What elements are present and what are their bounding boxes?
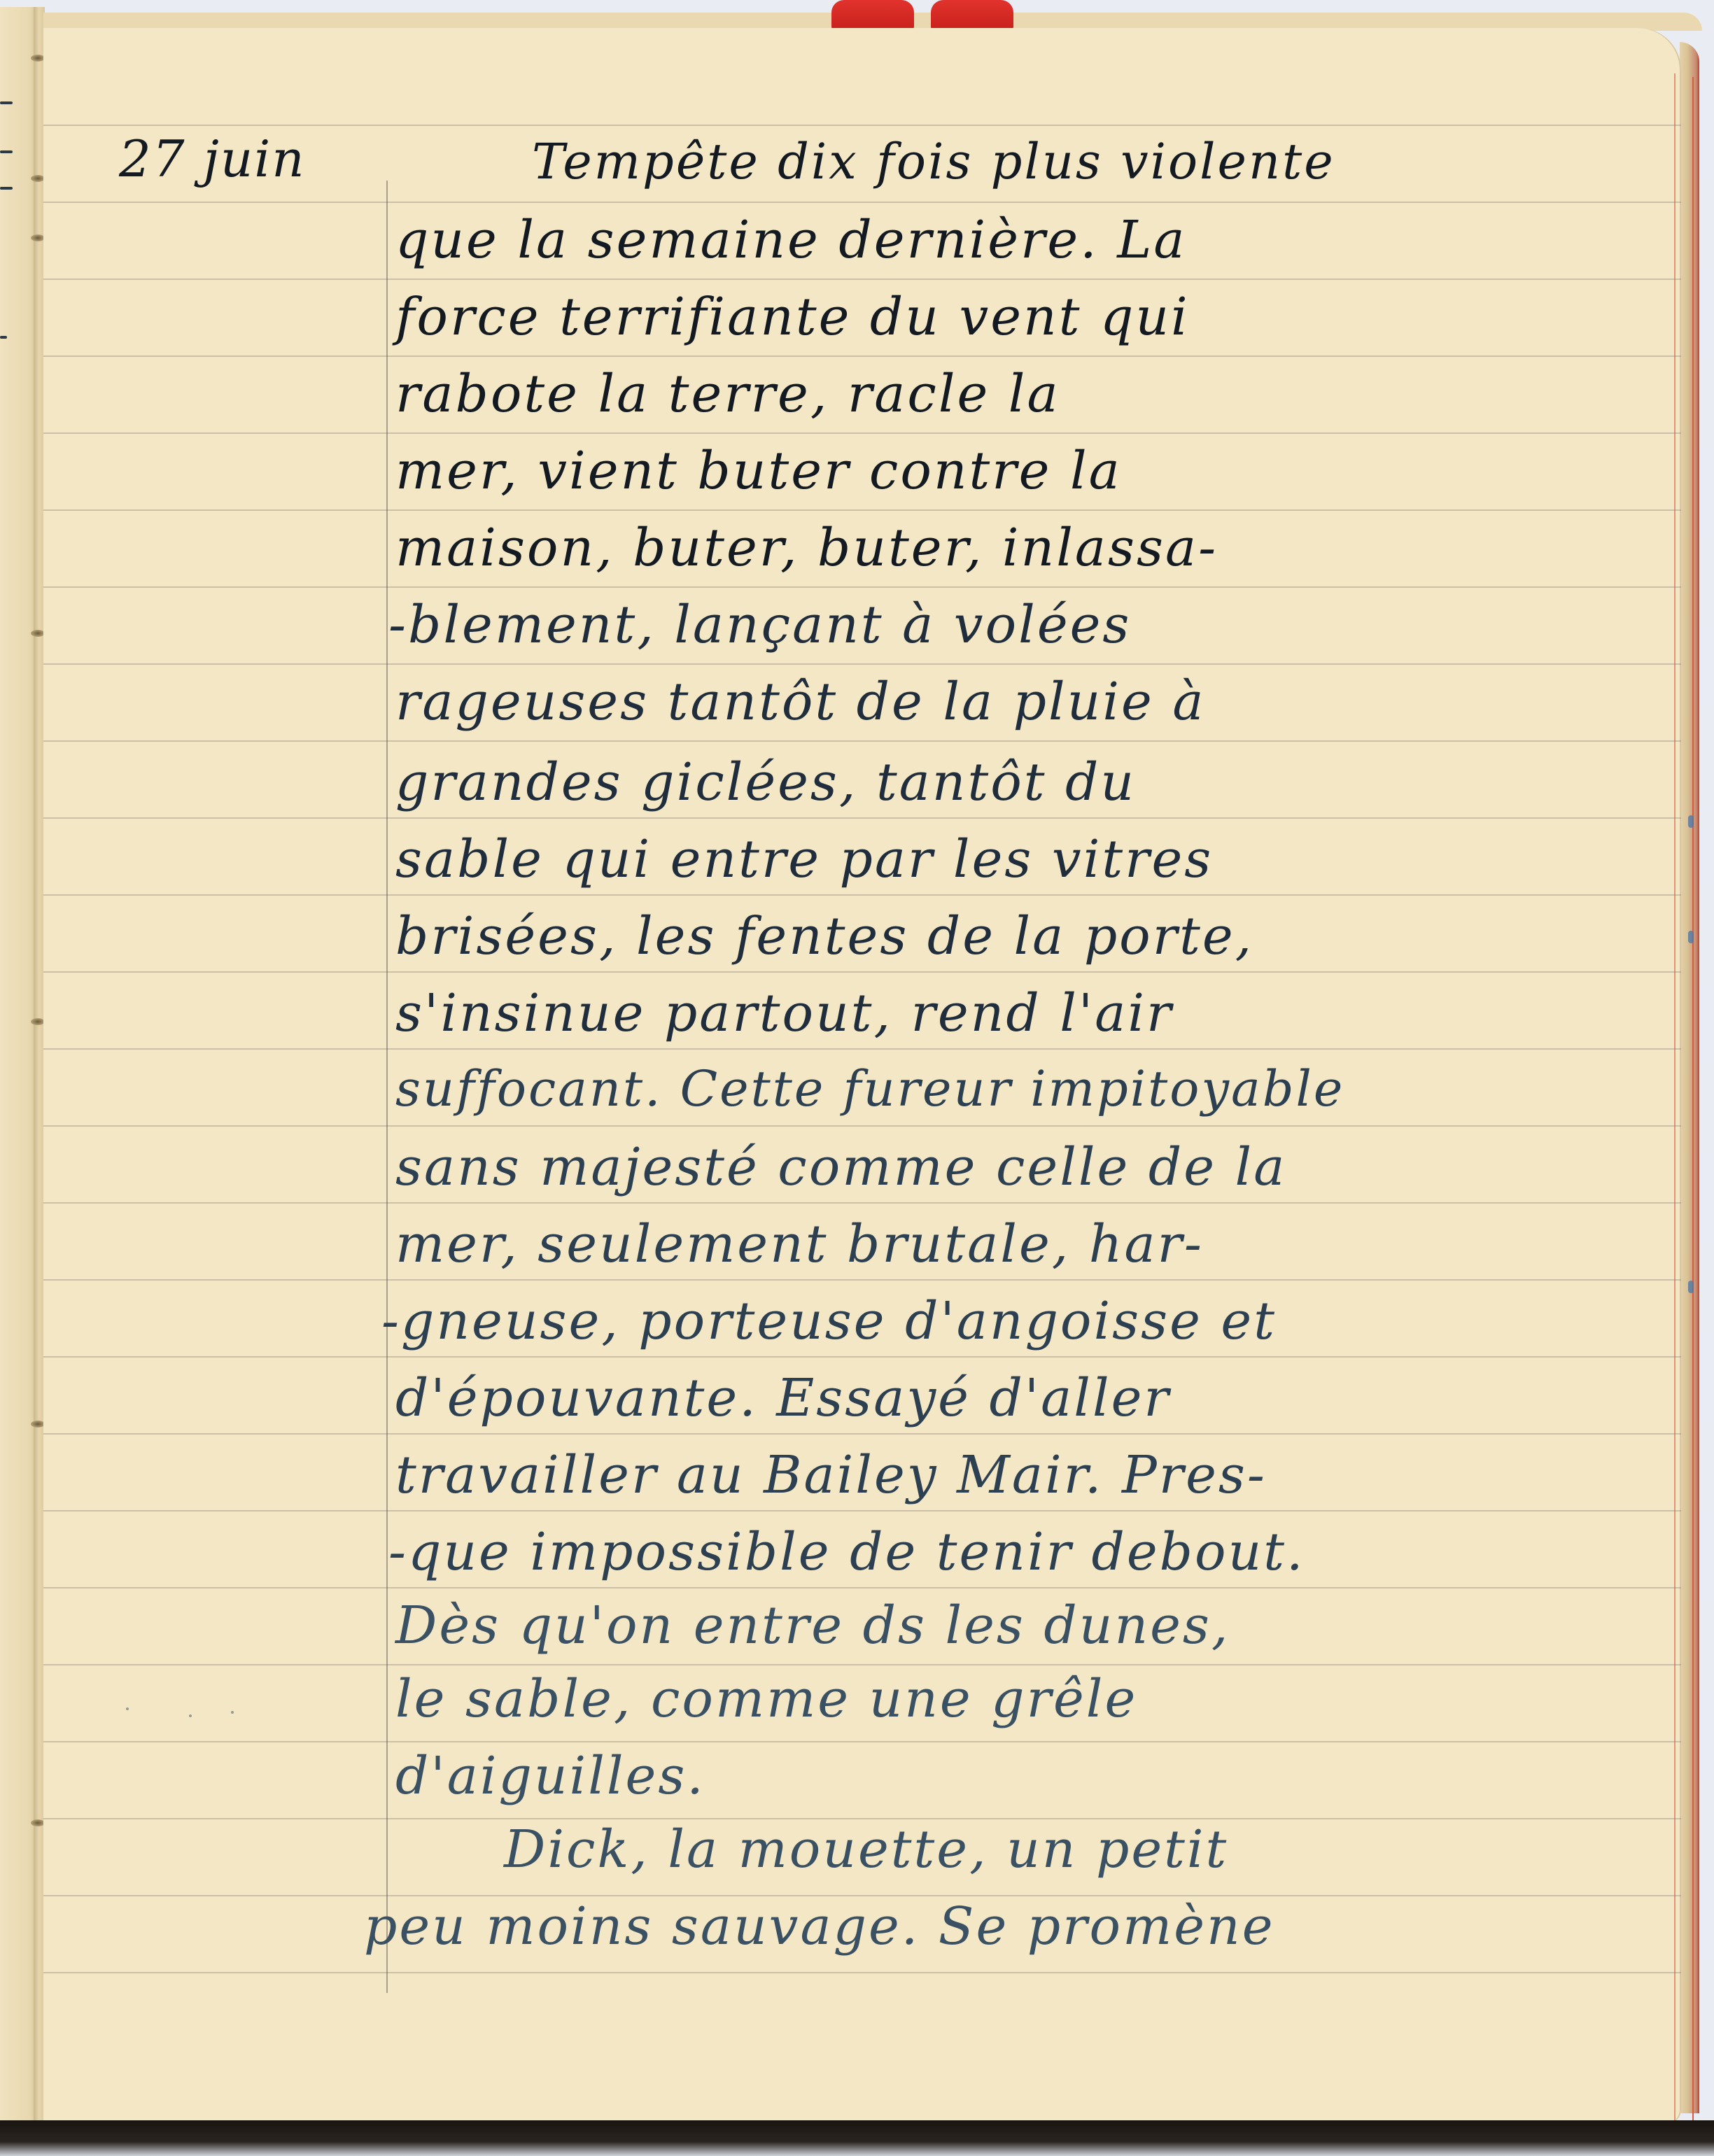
- text-line: Tempête dix fois plus violente: [532, 133, 1335, 190]
- text-line: d'aiguilles.: [395, 1746, 705, 1806]
- bookmark-tab-left: [831, 0, 914, 31]
- binding-stitch: [31, 1018, 45, 1025]
- binding-stitch: [31, 630, 45, 637]
- pencil-speck: [189, 1714, 192, 1717]
- text-line: peu moins sauvage. Se promène: [364, 1896, 1275, 1957]
- text-line: Dick, la mouette, un petit: [504, 1819, 1228, 1880]
- text-line: mer, vient buter contre la: [395, 441, 1122, 501]
- text-line: mer, seulement brutale, har-: [395, 1214, 1204, 1274]
- binding-stitch: [31, 1421, 45, 1428]
- text-line: -blement, lançant à volées: [388, 595, 1131, 655]
- text-line: force terrifiante du vent qui: [395, 287, 1190, 347]
- text-line: le sable, comme une grêle: [395, 1669, 1137, 1729]
- ink-mark: [0, 187, 13, 190]
- text-line: rageuses tantôt de la pluie à: [395, 672, 1205, 732]
- pencil-speck: [231, 1711, 234, 1714]
- ink-mark: [0, 101, 13, 104]
- text-line: maison, buter, buter, inlassa-: [395, 518, 1218, 578]
- text-line: sable qui entre par les vitres: [395, 829, 1213, 889]
- text-line: sans majesté comme celle de la: [395, 1137, 1286, 1197]
- text-line: s'insinue partout, rend l'air: [395, 983, 1173, 1043]
- bottom-shadow: [0, 2120, 1714, 2156]
- ink-blot: [1688, 1281, 1694, 1293]
- text-line: rabote la terre, racle la: [395, 364, 1060, 424]
- text-line: suffocant. Cette fureur impitoyable: [395, 1060, 1344, 1118]
- ink-mark: [0, 336, 7, 339]
- text-line: travailler au Bailey Mair. Pres-: [395, 1445, 1267, 1505]
- text-line: brisées, les fentes de la porte,: [395, 906, 1253, 966]
- binding-stitch: [31, 175, 45, 182]
- ink-blot: [1688, 815, 1694, 828]
- notebook-scan: 27 juin Tempête dix fois plus violente q…: [0, 0, 1714, 2156]
- binding-stitch: [31, 234, 45, 241]
- text-line: -gneuse, porteuse d'angoisse et: [381, 1291, 1277, 1351]
- pencil-speck: [126, 1707, 129, 1710]
- text-line: -que impossible de tenir debout.: [388, 1522, 1305, 1582]
- text-line: Dès qu'on entre ds les dunes,: [395, 1595, 1230, 1656]
- margin-line: [386, 181, 388, 1993]
- ink-blot: [1688, 931, 1694, 943]
- binding-stitch: [31, 55, 45, 62]
- bookmark-tab-right: [931, 0, 1013, 31]
- binding-stitch: [31, 1819, 45, 1826]
- text-line: d'épouvante. Essayé d'aller: [395, 1368, 1171, 1428]
- text-line: grandes giclées, tantôt du: [395, 752, 1136, 812]
- red-edge-line: [1692, 77, 1694, 2127]
- entry-date: 27 juin: [119, 129, 306, 188]
- text-line: que la semaine dernière. La: [395, 210, 1186, 270]
- ink-mark: [0, 150, 13, 153]
- red-fore-edge: [1680, 42, 1699, 2113]
